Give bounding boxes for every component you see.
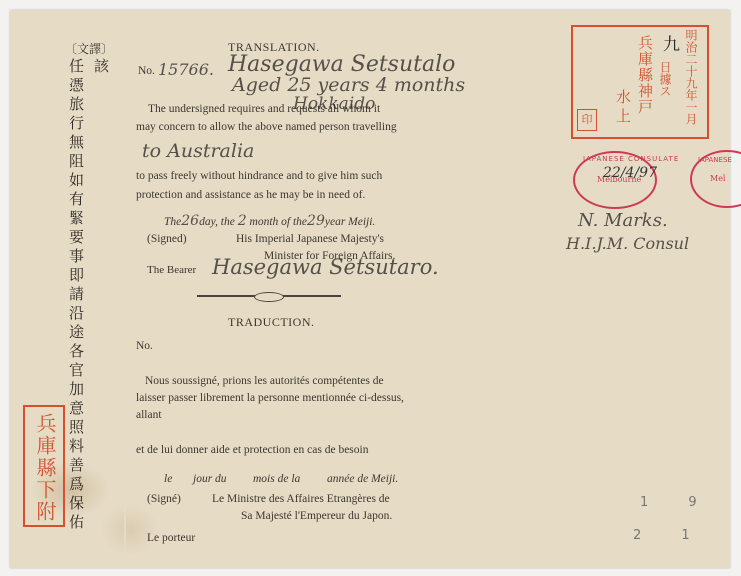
english-signer-line1: His Imperial Japanese Majesty's xyxy=(236,233,384,245)
date-year-value: 29 xyxy=(307,213,325,229)
french-body-line4: et de lui donner aide et protection en c… xyxy=(136,444,368,456)
passport-number: 15766. xyxy=(158,60,214,79)
english-body-line2: may concern to allow the above named per… xyxy=(136,121,397,133)
fold-line-right xyxy=(496,10,498,568)
japanese-header: 〔文譯〕 xyxy=(65,40,113,57)
french-date-jour: jour du xyxy=(193,473,227,485)
english-no-label: No. xyxy=(138,65,155,77)
english-body-line1: The undersigned requires and requests al… xyxy=(148,103,380,115)
french-no-label: No. xyxy=(136,340,153,352)
ornamental-divider-knot xyxy=(254,292,284,302)
english-date-line: The26day, the 2 month of the29year Meiji… xyxy=(164,213,375,229)
french-signer-line1: Le Ministre des Affaires Etrangères de xyxy=(212,493,390,505)
consul-signature: N. Marks. xyxy=(578,210,668,231)
english-body-line3: to pass freely without hindrance and to … xyxy=(136,170,382,182)
date-month-value: 2 xyxy=(238,213,247,229)
consul-title: H.I.J.M. Consul xyxy=(566,234,689,253)
french-date-annee: année de Meiji. xyxy=(327,473,398,485)
french-date-le: le xyxy=(164,473,172,485)
english-signed-label: (Signed) xyxy=(147,233,187,245)
english-bearer-label: The Bearer xyxy=(147,264,196,276)
small-seal: 印 xyxy=(577,109,597,131)
kobe-office-seal: 明治二十九年一月 九 日據ス 兵庫縣神戸 水上 印 xyxy=(571,25,709,139)
french-body-line2: laisser passer librement la personne men… xyxy=(136,392,404,404)
french-signed-label: (Signé) xyxy=(147,493,181,505)
bearer-name: Hasegawa Setsutaro. xyxy=(212,255,439,279)
french-body-line3: allant xyxy=(136,409,162,421)
prefecture-seal: 兵庫縣下附 xyxy=(23,405,65,527)
pencil-note-2: 2 1 xyxy=(633,528,708,543)
consulate-date: 22/4/97 xyxy=(603,165,657,181)
seal-date-day: 九 xyxy=(657,35,682,56)
french-date-mois: mois de la xyxy=(253,473,300,485)
consulate-stamp-1: JAPANESE CONSULATE Melbourne 22/4/97 xyxy=(573,151,657,209)
seal-date-column: 明治二十九年一月 xyxy=(685,29,697,125)
destination: to Australia xyxy=(142,140,254,162)
japanese-col-right: 該 xyxy=(91,58,112,77)
pencil-note-1: 1 9 xyxy=(640,495,715,510)
fold-line-left xyxy=(124,10,126,568)
traduction-title: TRADUCTION. xyxy=(228,315,315,330)
english-body-line4: protection and assistance as he may be i… xyxy=(136,189,365,201)
french-bearer-label: Le porteur xyxy=(147,532,195,544)
holder-age: Aged 25 years 4 months xyxy=(232,74,465,96)
date-day-value: 26 xyxy=(181,213,199,229)
french-body-line1: Nous soussigné, prions les autorités com… xyxy=(145,375,384,387)
japanese-vertical-text: 任憑旅行無阻如有緊要事即請沿途各官加意照料善爲保佑 xyxy=(66,58,87,576)
french-signer-line2: Sa Majesté l'Empereur du Japon. xyxy=(241,510,392,522)
